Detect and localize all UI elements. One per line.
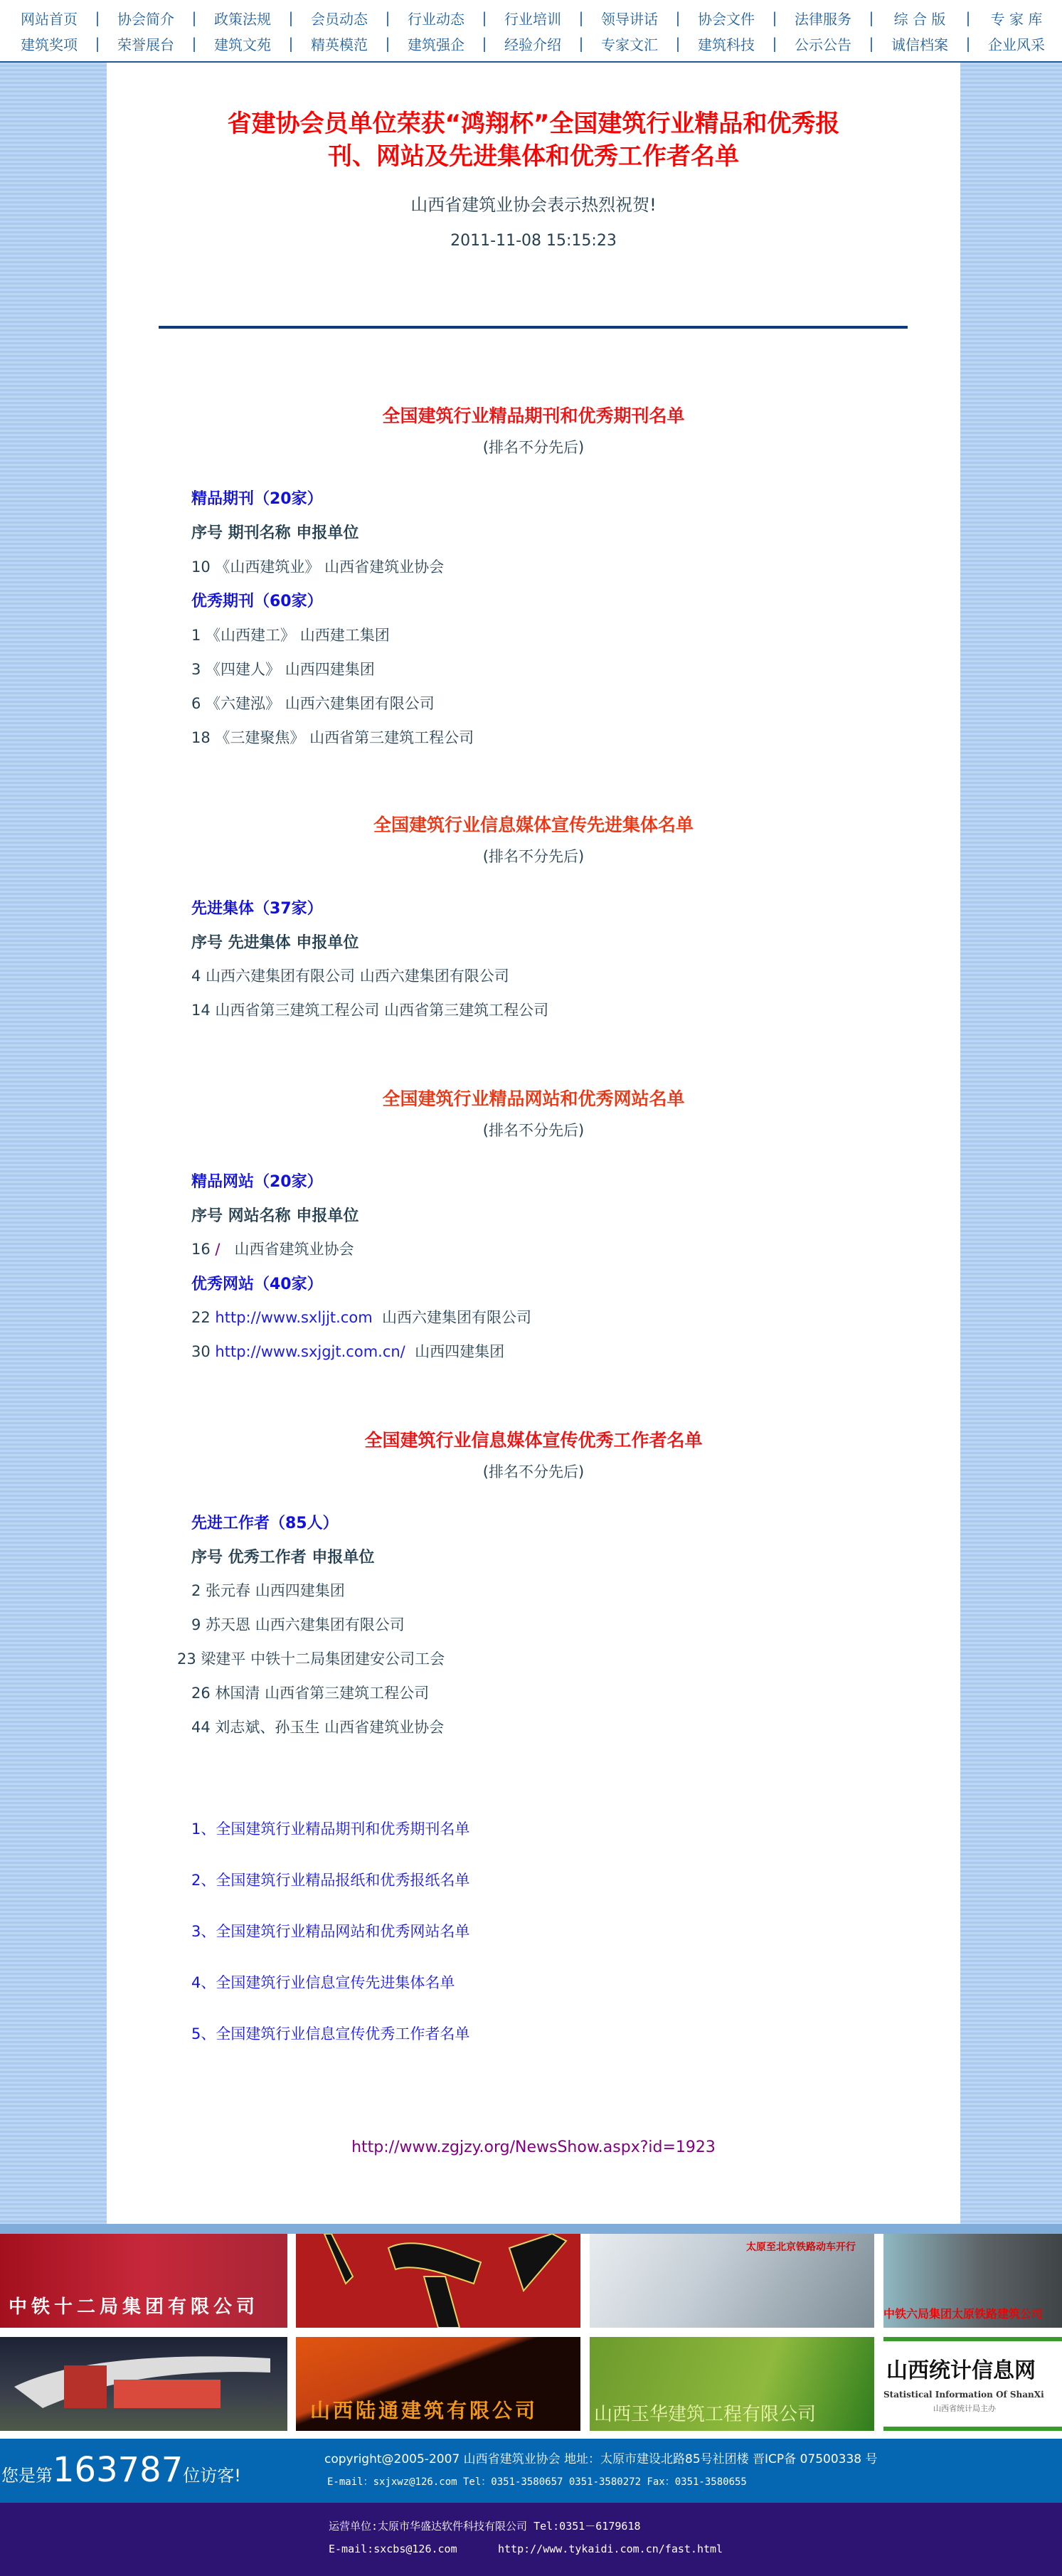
category-excellent-periodicals: 优秀期刊（60家） <box>191 589 323 611</box>
operator-url-link[interactable]: http://www.tykaidi.com.cn/fast.html <box>498 2543 723 2555</box>
nav-separator: | <box>378 9 397 26</box>
nav-separator: | <box>862 9 881 26</box>
website-link[interactable]: http://www.sxjgjt.com.cn/ <box>215 1343 405 1360</box>
ad-banner-lutong[interactable]: 山西陆通建筑有限公司 <box>296 2337 580 2431</box>
nav-separator: | <box>572 9 590 26</box>
nav-general[interactable]: 综 合 版 <box>881 8 959 28</box>
attachment-link-1[interactable]: 1、全国建筑行业精品期刊和优秀期刊名单 <box>191 1818 469 1839</box>
nav-speeches[interactable]: 领导讲话 <box>590 8 669 28</box>
nav-member-news[interactable]: 会员动态 <box>300 8 378 28</box>
nav-separator: | <box>88 9 107 26</box>
nav-separator: | <box>475 9 494 26</box>
category-premium-websites: 精品网站（20家） <box>191 1170 323 1192</box>
ad-text: 山西统计信息网 <box>886 2353 1036 2384</box>
ad-banner-train[interactable]: 太原至北京铁路动车开行 <box>590 2234 874 2328</box>
rank-note: (排名不分先后) <box>107 436 960 457</box>
ad-banner-crcc12[interactable]: 中铁十二局集团有限公司 <box>0 2234 287 2328</box>
nav-legal[interactable]: 法律服务 <box>784 8 862 28</box>
nav-policy[interactable]: 政策法规 <box>203 8 282 28</box>
visitor-prefix: 您是第 <box>1 2466 53 2486</box>
item-unit: 山西省建筑业协会 <box>235 1241 354 1258</box>
list-item: 10 《山西建筑业》 山西省建筑业协会 <box>191 556 444 577</box>
nav-separator: | <box>959 9 977 26</box>
attachment-link-4[interactable]: 4、全国建筑行业信息宣传先进集体名单 <box>191 1971 455 1993</box>
ad-text: 太原至北京铁路动车开行 <box>746 2240 856 2254</box>
section-title-websites: 全国建筑行业精品网站和优秀网站名单 <box>107 1085 960 1111</box>
ad-banner-yuhua[interactable]: 山西玉华建筑工程有限公司 <box>590 2337 874 2431</box>
ad-text: 山西陆通建筑有限公司 <box>310 2395 538 2424</box>
nav-row-1: 网站首页| 协会简介| 政策法规| 会员动态| 行业动态| 行业培训| 领导讲话… <box>0 6 1062 30</box>
item-number: 22 <box>191 1309 211 1326</box>
visitor-suffix: 位访客! <box>183 2466 241 2486</box>
right-background <box>960 63 1062 2224</box>
footer-info: 您是第163787位访客! copyright@2005-2007 山西省建筑业… <box>0 2439 1062 2503</box>
section-title-advanced-groups: 全国建筑行业信息媒体宣传先进集体名单 <box>107 811 960 837</box>
nav-experience[interactable]: 经验介绍 <box>494 33 572 54</box>
item-unit: 山西六建集团有限公司 <box>382 1309 531 1326</box>
operator-text: 运营单位:太原市华盛达软件科技有限公司 Tel:0351－6179618 <box>329 2518 641 2533</box>
nav-expert-articles[interactable]: 专家文汇 <box>590 33 669 54</box>
nav-technology[interactable]: 建筑科技 <box>687 33 765 54</box>
ad-subtext: Statistical Information Of ShanXi <box>883 2390 1044 2400</box>
nav-separator: | <box>862 35 881 52</box>
nav-separator: | <box>378 35 397 52</box>
item-unit: 山西四建集团 <box>415 1343 504 1360</box>
rank-note: (排名不分先后) <box>107 1119 960 1140</box>
website-link[interactable]: http://www.sxljjt.com <box>215 1309 372 1326</box>
nav-separator: | <box>185 9 203 26</box>
ad-banner-calligraphy[interactable] <box>296 2234 580 2328</box>
list-item: 4 山西六建集团有限公司 山西六建集团有限公司 <box>191 965 509 986</box>
nav-separator: | <box>282 35 300 52</box>
list-item: 14 山西省第三建筑工程公司 山西省第三建筑工程公司 <box>191 999 548 1020</box>
ad-subtext-2: 山西省统计局主办 <box>933 2402 996 2414</box>
item-number: 16 <box>191 1241 211 1258</box>
list-item: 1 《山西建工》 山西建工集团 <box>191 624 390 645</box>
website-link[interactable]: / <box>215 1241 220 1258</box>
list-item: 2 张元春 山西四建集团 <box>191 1579 345 1601</box>
list-item: 44 刘志斌、孙玉生 山西省建筑业协会 <box>191 1716 444 1737</box>
visitor-count: 163787 <box>53 2450 183 2490</box>
nav-experts[interactable]: 专 家 库 <box>977 8 1056 28</box>
section-title-periodicals: 全国建筑行业精品期刊和优秀期刊名单 <box>107 402 960 428</box>
nav-training[interactable]: 行业培训 <box>494 8 572 28</box>
list-item: 30 http://www.sxjgjt.com.cn/ 山西四建集团 <box>191 1340 504 1362</box>
article-title: 省建协会员单位荣获“鸿翔杯”全国建筑行业精品和优秀报 <box>107 109 960 139</box>
divider <box>159 326 908 329</box>
banner-strip <box>0 2224 1062 2234</box>
ad-banner-crcc6[interactable]: 中铁六局集团太原铁路建筑公司 <box>883 2234 1062 2328</box>
nav-separator: | <box>959 35 977 52</box>
rank-note: (排名不分先后) <box>107 845 960 866</box>
nav-industry-news[interactable]: 行业动态 <box>397 8 475 28</box>
nav-about[interactable]: 协会简介 <box>107 8 185 28</box>
list-header: 序号 网站名称 申报单位 <box>191 1204 359 1226</box>
footer-operator: 运营单位:太原市华盛达软件科技有限公司 Tel:0351－6179618 E-m… <box>0 2503 1062 2576</box>
article-panel: 省建协会员单位荣获“鸿翔杯”全国建筑行业精品和优秀报 刊、网站及先进集体和优秀工… <box>107 63 960 2224</box>
operator-email: E-mail:sxcbs@126.com <box>329 2543 457 2555</box>
section-title-workers: 全国建筑行业信息媒体宣传优秀工作者名单 <box>107 1426 960 1452</box>
top-navigation: 网站首页| 协会简介| 政策法规| 会员动态| 行业动态| 行业培训| 领导讲话… <box>0 0 1062 63</box>
list-header: 序号 期刊名称 申报单位 <box>191 521 359 543</box>
ad-banner-building[interactable] <box>0 2337 287 2431</box>
list-item: 3 《四建人》 山西四建集团 <box>191 658 375 679</box>
category-premium-periodicals: 精品期刊（20家） <box>191 487 323 509</box>
copyright-text: copyright@2005-2007 山西省建筑业协会 地址：太原市建设北路8… <box>324 2449 878 2466</box>
list-item: 9 苏天恩 山西六建集团有限公司 <box>191 1613 405 1635</box>
category-advanced-workers: 先进工作者（85人） <box>191 1511 339 1533</box>
nav-documents[interactable]: 协会文件 <box>687 8 765 28</box>
nav-models[interactable]: 精英模范 <box>300 33 378 54</box>
nav-home[interactable]: 网站首页 <box>10 8 88 28</box>
list-item: 23 梁建平 中铁十二局集团建安公司工会 <box>177 1648 445 1669</box>
nav-separator: | <box>669 9 687 26</box>
attachment-link-3[interactable]: 3、全国建筑行业精品网站和优秀网站名单 <box>191 1920 469 1941</box>
nav-row-2: 建筑奖项| 荣誉展台| 建筑文苑| 精英模范| 建筑强企| 经验介绍| 专家文汇… <box>0 31 1062 55</box>
building-image-icon <box>0 2337 287 2431</box>
rank-note: (排名不分先后) <box>107 1461 960 1482</box>
list-header: 序号 优秀工作者 申报单位 <box>191 1545 374 1567</box>
ad-text: 山西玉华建筑工程有限公司 <box>594 2400 816 2426</box>
nav-separator: | <box>765 9 784 26</box>
ad-text: 中铁十二局集团有限公司 <box>9 2292 259 2318</box>
nav-separator: | <box>765 35 784 52</box>
nav-honors[interactable]: 荣誉展台 <box>107 33 185 54</box>
contact-text: E-mail：sxjxwz@126.com Tel：0351-3580657 0… <box>327 2474 747 2488</box>
ad-banner-statistics[interactable]: 山西统计信息网 Statistical Information Of ShanX… <box>883 2337 1062 2431</box>
list-item: 18 《三建聚焦》 山西省第三建筑工程公司 <box>191 726 474 748</box>
ad-text: 中铁六局集团太原铁路建筑公司 <box>883 2305 1043 2321</box>
nav-separator: | <box>669 35 687 52</box>
nav-separator: | <box>185 35 203 52</box>
nav-separator: | <box>282 9 300 26</box>
attachment-link-2[interactable]: 2、全国建筑行业精品报纸和优秀报纸名单 <box>191 1869 469 1890</box>
nav-announcements[interactable]: 公示公告 <box>784 33 862 54</box>
nav-strong-firms[interactable]: 建筑强企 <box>397 33 475 54</box>
category-advanced-groups: 先进集体（37家） <box>191 896 323 918</box>
category-excellent-websites: 优秀网站（40家） <box>191 1272 323 1294</box>
nav-enterprise[interactable]: 企业风采 <box>977 33 1056 54</box>
article-datetime: 2011-11-08 15:15:23 <box>107 232 960 250</box>
nav-credit-files[interactable]: 诚信档案 <box>881 33 959 54</box>
list-item: 22 http://www.sxljjt.com 山西六建集团有限公司 <box>191 1306 531 1327</box>
nav-literature[interactable]: 建筑文苑 <box>203 33 282 54</box>
attachment-link-5[interactable]: 5、全国建筑行业信息宣传优秀工作者名单 <box>191 2023 469 2044</box>
list-item: 26 林国清 山西省第三建筑工程公司 <box>191 1682 429 1703</box>
nav-separator: | <box>475 35 494 52</box>
calligraphy-icon <box>296 2234 580 2328</box>
nav-separator: | <box>88 35 107 52</box>
list-header: 序号 先进集体 申报单位 <box>191 931 359 953</box>
visitor-counter: 您是第163787位访客! <box>1 2450 241 2490</box>
nav-separator: | <box>572 35 590 52</box>
article-title-line2: 刊、网站及先进集体和优秀工作者名单 <box>107 142 960 171</box>
article-subtitle: 山西省建筑业协会表示热烈祝贺! <box>107 191 960 216</box>
list-item: 16 / 山西省建筑业协会 <box>191 1238 354 1259</box>
item-number: 30 <box>191 1343 211 1360</box>
list-item: 6 《六建泓》 山西六建集团有限公司 <box>191 692 435 714</box>
nav-awards[interactable]: 建筑奖项 <box>10 33 88 54</box>
source-url-link[interactable]: http://www.zgjzy.org/NewsShow.aspx?id=19… <box>107 2138 960 2156</box>
left-background <box>0 63 107 2224</box>
